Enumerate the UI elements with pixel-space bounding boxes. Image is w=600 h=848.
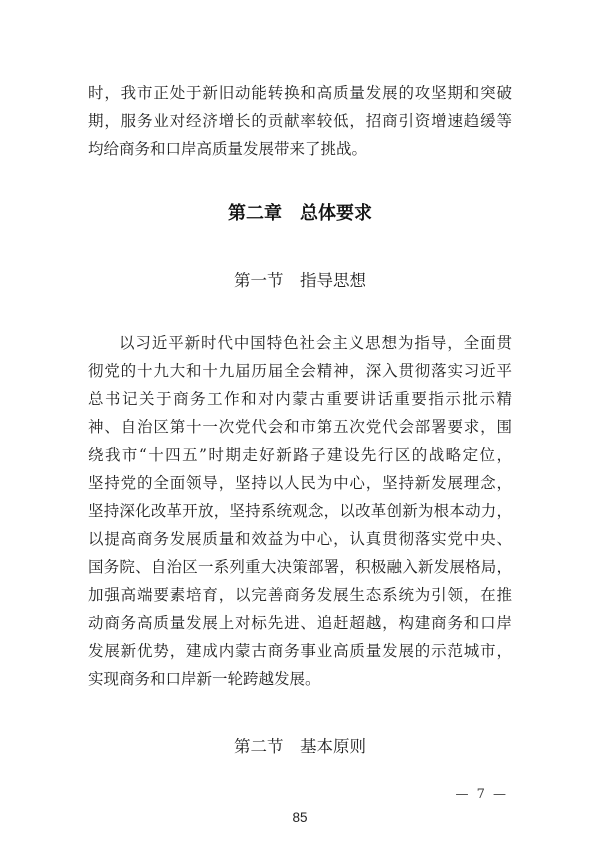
text-line: 动商务高质量发展上对标先进、追赶超越，构建商务和口岸 [88,609,512,637]
text-line: 均给商务和口岸高质量发展带来了挑战。 [88,135,512,163]
text-line: 以习近平新时代中国特色社会主义思想为指导，全面贯 [88,329,512,357]
paragraph-guiding-ideology: 以习近平新时代中国特色社会主义思想为指导，全面贯彻党的十九大和十九届历届全会精神… [88,329,512,693]
text-line: 时，我市正处于新旧动能转换和高质量发展的攻坚期和突破 [88,79,512,107]
text-line: 实现商务和口岸新一轮跨越发展。 [88,665,512,693]
section-heading-guiding-ideology: 第一节 指导思想 [88,267,512,295]
text-line: 神、自治区第十一次党代会和市第五次党代会部署要求，围 [88,413,512,441]
page-content: 时，我市正处于新旧动能转换和高质量发展的攻坚期和突破期，服务业对经济增长的贡献率… [0,0,600,761]
text-line: 总书记关于商务工作和对内蒙古重要讲话重要指示批示精 [88,385,512,413]
document-page: 时，我市正处于新旧动能转换和高质量发展的攻坚期和突破期，服务业对经济增长的贡献率… [0,0,600,848]
text-line: 以提高商务发展质量和效益为中心，认真贯彻落实党中央、 [88,525,512,553]
sheet-number: 85 [0,810,600,825]
text-line: 坚持深化改革开放，坚持系统观念，以改革创新为根本动力， [88,497,512,525]
chapter-heading: 第二章 总体要求 [88,199,512,227]
text-line: 发展新优势，建成内蒙古商务事业高质量发展的示范城市， [88,637,512,665]
paragraph-continued: 时，我市正处于新旧动能转换和高质量发展的攻坚期和突破期，服务业对经济增长的贡献率… [88,79,512,163]
text-line: 彻党的十九大和十九届历届全会精神，深入贯彻落实习近平 [88,357,512,385]
text-line: 坚持党的全面领导，坚持以人民为中心，坚持新发展理念， [88,469,512,497]
section-heading-basic-principles: 第二节 基本原则 [88,733,512,761]
text-line: 期，服务业对经济增长的贡献率较低，招商引资增速趋缓等 [88,107,512,135]
page-number: — 7 — [455,787,508,802]
text-line: 加强高端要素培育，以完善商务发展生态系统为引领，在推 [88,581,512,609]
text-line: 绕我市“十四五”时期走好新路子建设先行区的战略定位， [88,441,512,469]
text-line: 国务院、自治区一系列重大决策部署，积极融入新发展格局， [88,553,512,581]
